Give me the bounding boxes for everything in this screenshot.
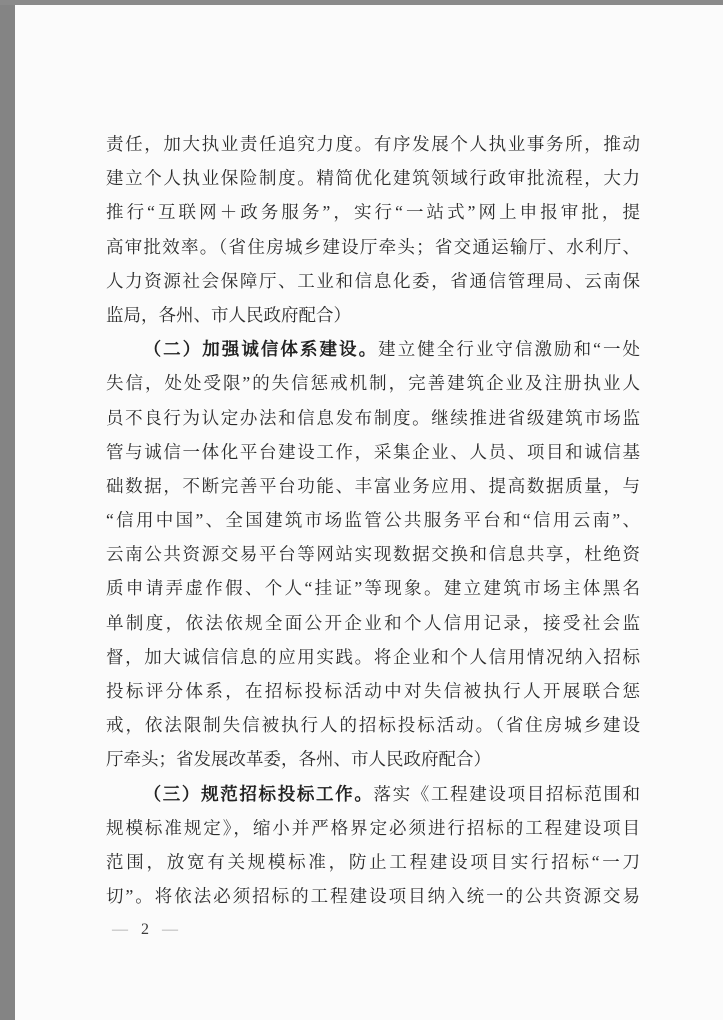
footer-dash-left: — (112, 920, 128, 940)
text-segment: 责任，加大执业责任追究力度。有序发展个人执业事务所，推动 (106, 134, 640, 154)
text-segment: 范围，放宽有关规模标准，防止工程建设项目实行招标“一刀 (106, 852, 640, 872)
body-text: 责任，加大执业责任追究力度。有序发展个人执业事务所，推动建立个人执业保险制度。精… (106, 127, 640, 913)
text-segment: 管与诚信一体化平台建设工作，采集企业、人员、项目和诚信基 (106, 442, 640, 462)
text-segment: 落实《工程建设项目招标范围和 (373, 784, 640, 804)
text-line: 员不良行为认定办法和信息发布制度。继续推进省级建筑市场监 (106, 401, 640, 435)
text-line: 切”。将依法必须招标的工程建设项目纳入统一的公共资源交易 (106, 879, 640, 913)
text-segment: 投标评分体系，在招标投标活动中对失信被执行人开展联合惩 (106, 681, 640, 701)
text-segment: 高审批效率。（省住房城乡建设厅牵头；省交通运输厅、水利厅、 (106, 237, 640, 257)
text-segment: 员不良行为认定办法和信息发布制度。继续推进省级建筑市场监 (106, 408, 640, 428)
text-segment: 规模标准规定》，缩小并严格界定必须进行招标的工程建设项目 (106, 818, 640, 838)
page-footer: — 2 — (112, 920, 178, 940)
text-segment: 推行“互联网＋政务服务”，实行“一站式”网上申报审批，提 (106, 202, 640, 222)
text-segment: 监局，各州、市人民政府配合） (106, 305, 351, 325)
text-line: 管与诚信一体化平台建设工作，采集企业、人员、项目和诚信基 (106, 435, 640, 469)
text-line: “信用中国”、全国建筑市场监管公共服务平台和“信用云南”、 (106, 503, 640, 537)
text-line: 责任，加大执业责任追究力度。有序发展个人执业事务所，推动 (106, 127, 640, 161)
text-line: 人力资源社会保障厅、工业和信息化委，省通信管理局、云南保 (106, 264, 640, 298)
text-segment: 人力资源社会保障厅、工业和信息化委，省通信管理局、云南保 (106, 271, 640, 291)
text-segment: 质申请弄虚作假、个人“挂证”等现象。建立建筑市场主体黑名 (106, 578, 640, 598)
text-segment: 失信，处处受限”的失信惩戒机制，完善建筑企业及注册执业人 (106, 373, 640, 393)
text-line: 质申请弄虚作假、个人“挂证”等现象。建立建筑市场主体黑名 (106, 571, 640, 605)
section-heading: （二）加强诚信体系建设。 (144, 339, 379, 359)
text-line: 戒，依法限制失信被执行人的招标投标活动。（省住房城乡建设 (106, 708, 640, 742)
text-line: 督，加大诚信信息的应用实践。将企业和个人信用情况纳入招标 (106, 640, 640, 674)
paragraph-section-3: （三）规范招标投标工作。落实《工程建设项目招标范围和规模标准规定》，缩小并严格界… (106, 777, 640, 914)
text-segment: 建立个人执业保险制度。精简优化建筑领域行政审批流程，大力 (106, 168, 640, 188)
text-line: 范围，放宽有关规模标准，防止工程建设项目实行招标“一刀 (106, 845, 640, 879)
text-line: 监局，各州、市人民政府配合） (106, 298, 640, 332)
text-line: 投标评分体系，在招标投标活动中对失信被执行人开展联合惩 (106, 674, 640, 708)
text-segment: 单制度，依法依规全面公开企业和个人信用记录，接受社会监 (106, 613, 640, 633)
paragraph-continuation: 责任，加大执业责任追究力度。有序发展个人执业事务所，推动建立个人执业保险制度。精… (106, 127, 640, 332)
text-line: 建立个人执业保险制度。精简优化建筑领域行政审批流程，大力 (106, 161, 640, 195)
footer-dash-right: — (162, 920, 178, 940)
document-page: 责任，加大执业责任追究力度。有序发展个人执业事务所，推动建立个人执业保险制度。精… (0, 0, 723, 1020)
text-segment: “信用中国”、全国建筑市场监管公共服务平台和“信用云南”、 (106, 510, 640, 530)
text-segment: 戒，依法限制失信被执行人的招标投标活动。（省住房城乡建设 (106, 715, 640, 735)
text-line: 础数据，不断完善平台功能、丰富业务应用、提高数据质量，与 (106, 469, 640, 503)
text-line: 厅牵头；省发展改革委，各州、市人民政府配合） (106, 742, 640, 776)
text-line: 失信，处处受限”的失信惩戒机制，完善建筑企业及注册执业人 (106, 366, 640, 400)
paragraph-section-2: （二）加强诚信体系建设。建立健全行业守信激励和“一处失信，处处受限”的失信惩戒机… (106, 332, 640, 776)
scan-edge-top (0, 0, 723, 5)
text-line: 单制度，依法依规全面公开企业和个人信用记录，接受社会监 (106, 606, 640, 640)
text-line: （二）加强诚信体系建设。建立健全行业守信激励和“一处 (106, 332, 640, 366)
scan-edge-left (0, 5, 15, 1020)
text-segment: 厅牵头；省发展改革委，各州、市人民政府配合） (106, 749, 491, 769)
text-segment: 督，加大诚信信息的应用实践。将企业和个人信用情况纳入招标 (106, 647, 640, 667)
text-line: 云南公共资源交易平台等网站实现数据交换和信息共享，杜绝资 (106, 537, 640, 571)
text-segment: 云南公共资源交易平台等网站实现数据交换和信息共享，杜绝资 (106, 544, 640, 564)
text-segment: 建立健全行业守信激励和“一处 (378, 339, 640, 359)
text-segment: 切”。将依法必须招标的工程建设项目纳入统一的公共资源交易 (106, 886, 640, 906)
section-heading: （三）规范招标投标工作。 (144, 784, 374, 804)
text-line: 规模标准规定》，缩小并严格界定必须进行招标的工程建设项目 (106, 811, 640, 845)
text-segment: 础数据，不断完善平台功能、丰富业务应用、提高数据质量，与 (106, 476, 640, 496)
text-line: 推行“互联网＋政务服务”，实行“一站式”网上申报审批，提 (106, 195, 640, 229)
text-line: 高审批效率。（省住房城乡建设厅牵头；省交通运输厅、水利厅、 (106, 230, 640, 264)
text-line: （三）规范招标投标工作。落实《工程建设项目招标范围和 (106, 777, 640, 811)
footer-page-number: 2 (141, 920, 149, 940)
